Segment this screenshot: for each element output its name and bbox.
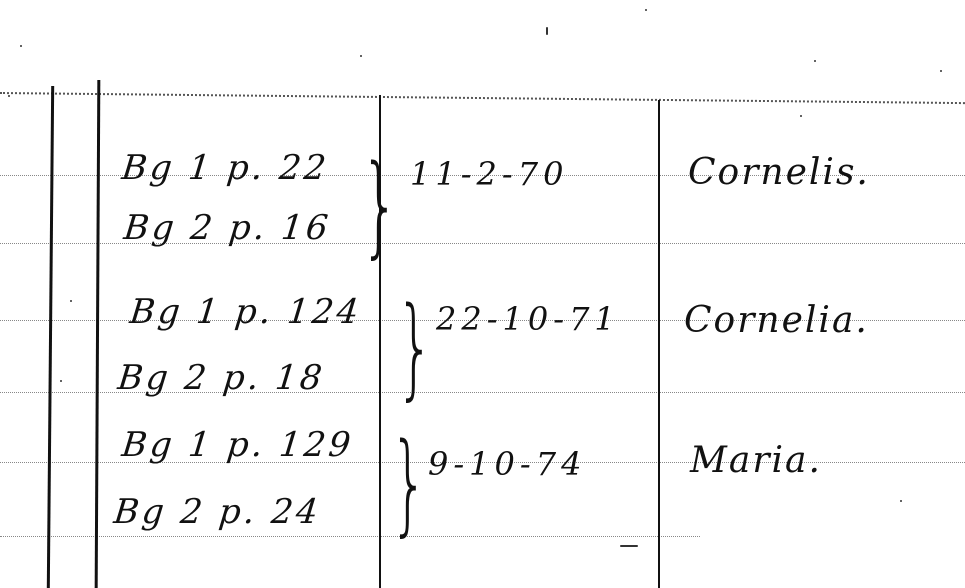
entry-1-name: Cornelis. [688, 152, 870, 193]
scan-speck [620, 545, 638, 547]
margin-line-right [95, 80, 101, 588]
entry-3-brace: } [390, 428, 429, 538]
entry-2-reference-1: Bg 1 p. 124 [128, 292, 363, 332]
ruling-line [0, 92, 965, 104]
column-divider-date-name [658, 100, 660, 588]
scan-speck [940, 70, 942, 72]
entry-2-reference-2: Bg 2 p. 18 [116, 358, 327, 398]
entry-1-reference-1: Bg 1 p. 22 [120, 148, 331, 188]
scan-speck [800, 115, 802, 117]
scan-speck [360, 55, 362, 57]
entry-1-reference-2: Bg 2 p. 16 [122, 208, 333, 248]
register-page: Bg 1 p. 22 Bg 2 p. 16 } 11-2-70 Cornelis… [0, 0, 965, 588]
scan-speck [900, 500, 902, 502]
ruling-line [0, 536, 700, 537]
entry-1-date: 11-2-70 [410, 155, 568, 193]
scan-speck [20, 45, 22, 47]
entry-2-brace: } [396, 292, 435, 402]
entry-3-date: 9-10-74 [428, 445, 586, 483]
margin-line-left [47, 86, 54, 588]
scan-speck [60, 380, 62, 382]
entry-3-reference-1: Bg 1 p. 129 [120, 425, 355, 465]
entry-2-date: 22-10-71 [436, 300, 620, 338]
scan-speck [8, 95, 10, 97]
scan-speck [70, 300, 72, 302]
scan-speck [645, 9, 647, 11]
scan-speck [814, 60, 816, 62]
scan-speck [546, 27, 548, 35]
entry-1-brace: } [361, 150, 400, 260]
entry-3-reference-2: Bg 2 p. 24 [112, 492, 323, 532]
entry-3-name: Maria. [690, 440, 822, 481]
entry-2-name: Cornelia. [684, 300, 869, 341]
